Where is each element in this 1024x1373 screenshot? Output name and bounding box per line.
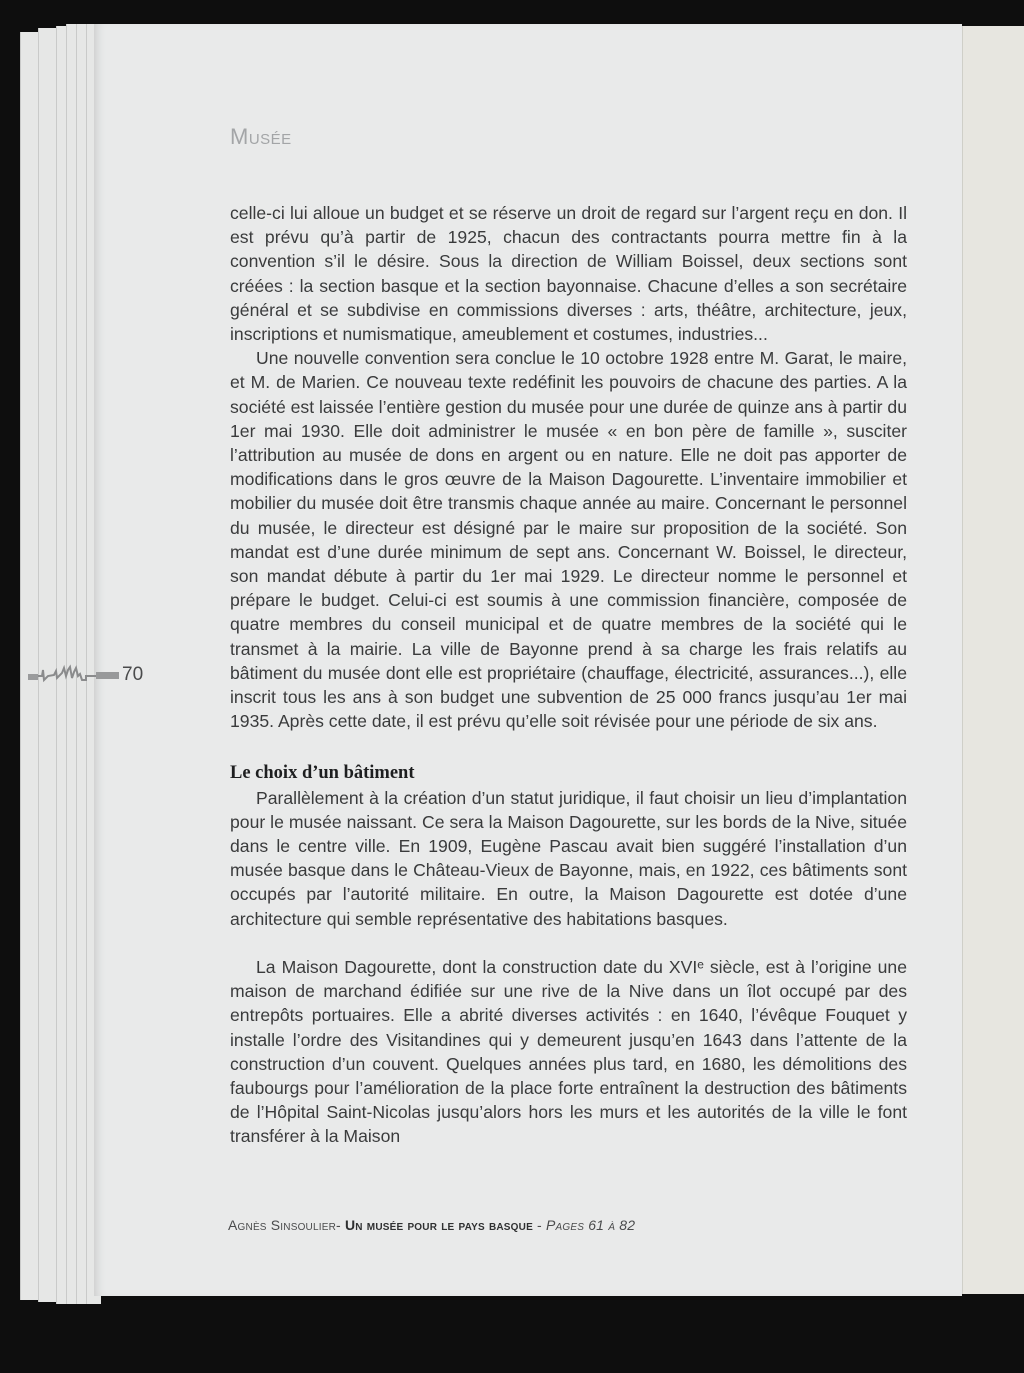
footer-separator: - (533, 1217, 546, 1233)
page-marker-icon (26, 664, 120, 688)
footer-title: Un musée pour le pays basque (345, 1217, 533, 1233)
paragraph: La Maison Dagourette, dont la constructi… (230, 955, 907, 1149)
page-footer: Agnès Sinsoulier- Un musée pour le pays … (228, 1217, 635, 1233)
running-head: Musée (230, 124, 292, 150)
footer-author: Agnès Sinsoulier (228, 1217, 336, 1233)
footer-pages: Pages 61 à 82 (546, 1217, 635, 1233)
paragraph: celle-ci lui alloue un budget et se rése… (230, 201, 907, 346)
book-page: Musée celle-ci lui alloue un budget et s… (94, 24, 962, 1296)
section-heading: Le choix d’un bâtiment (230, 761, 907, 785)
footer-separator: - (336, 1217, 345, 1233)
facing-page-edge (962, 26, 1024, 1294)
page-number: 70 (122, 664, 143, 686)
paragraph: Une nouvelle convention sera conclue le … (230, 346, 907, 733)
paragraph: Parallèlement à la création d’un statut … (230, 786, 907, 931)
body-text: celle-ci lui alloue un budget et se rése… (230, 201, 907, 1149)
